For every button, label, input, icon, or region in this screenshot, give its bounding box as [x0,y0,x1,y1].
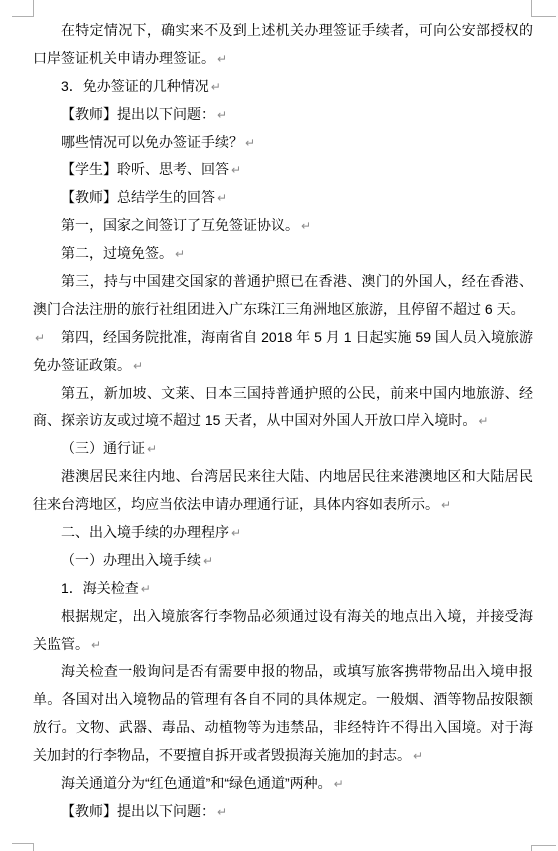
text-line: 在特定情况下，确实来不及到上述机关办理签证手续者，可向公安部授权的 [33,17,533,45]
text-run: 二、出入境手续的办理程序 [61,524,229,540]
text-line: 海关检查一般询问是否有需要申报的物品，或填写旅客携带物品出入境申报 [33,658,533,686]
paragraph-mark-icon: ↵ [141,582,151,596]
paragraph-mark-icon: ↵ [231,526,241,540]
text-run: 1．海关检查 [61,580,139,596]
text-line: 3．免办签证的几种情况↵ [33,73,533,101]
text-run: 澳门合法注册的旅行社组团进入广东珠江三角洲地区旅游，且停留不超过 6 天。 [33,301,525,317]
text-line: 【教师】总结学生的回答↵ [33,184,533,212]
margin-crop-mark-bottom-left [12,843,34,851]
text-line: 1．海关检查↵ [33,575,533,603]
text-line: 往来台湾地区，均应当依法申请办理通行证，具体内容如表所示。↵ [33,491,533,519]
text-line: 商、探亲访友或过境不超过 15 天者，从中国对外国人开放口岸入境时。↵ [33,407,533,435]
paragraph-mark-icon: ↵ [301,219,311,233]
text-run: 口岸签证机关申请办理签证。 [33,50,215,66]
document-page: 在特定情况下，确实来不及到上述机关办理签证手续者，可向公安部授权的口岸签证机关申… [0,0,558,851]
text-run: 单。各国对出入境物品的管理有各自不同的具体规定。一般烟、酒等物品按限额 [33,691,533,707]
paragraph-mark-icon: ↵ [203,554,213,568]
text-line: 单。各国对出入境物品的管理有各自不同的具体规定。一般烟、酒等物品按限额 [33,686,533,714]
text-run: 放行。文物、武器、毒品、动植物等为违禁品，非经特许不得出入国境。对于海 [33,719,533,735]
text-run: 在特定情况下，确实来不及到上述机关办理签证手续者，可向公安部授权的 [61,22,533,38]
paragraph-mark-icon: ↵ [334,777,344,791]
text-line: 第一，国家之间签订了互免签证协议。↵ [33,212,533,240]
text-line: 港澳居民来往内地、台湾居民来往大陆、内地居民往来港澳地区和大陆居民 [33,463,533,491]
text-line: 第四，经国务院批准，海南省自 2018 年 5 月 1 日起实施 59 国人员入… [33,324,533,352]
text-run: 海关检查一般询问是否有需要申报的物品，或填写旅客携带物品出入境申报 [61,663,533,679]
text-line: 【教师】提出以下问题：↵ [33,101,533,129]
text-run: 第一，国家之间签订了互免签证协议。 [61,217,299,233]
text-line: 免办签证政策。↵ [33,352,533,380]
text-line: 【教师】提出以下问题：↵ [33,798,533,826]
text-line: 海关通道分为“红色通道”和“绿色通道”两种。↵ [33,770,533,798]
text-run: 第五，新加坡、文莱、日本三国持普通护照的公民，前来中国内地旅游、经 [61,385,533,401]
margin-crop-mark-top-right [531,0,556,17]
text-line: 第三，持与中国建交国家的普通护照已在香港、澳门的外国人，经在香港、 [33,268,533,296]
margin-crop-mark-top-left [12,0,34,17]
paragraph-mark-icon: ↵ [478,414,488,428]
text-line: 【学生】聆听、思考、回答↵ [33,156,533,184]
paragraph-mark-icon: ↵ [441,498,451,512]
text-run: 商、探亲访友或过境不超过 15 天者，从中国对外国人开放口岸入境时。 [33,412,476,428]
text-run: 港澳居民来往内地、台湾居民来往大陆、内地居民往来港澳地区和大陆居民 [61,468,533,484]
paragraph-mark-icon: ↵ [91,638,101,652]
paragraph-mark-icon: ↵ [133,359,143,373]
text-line: 根据规定，出入境旅客行李物品必须通过设有海关的地点出入境，并接受海 [33,603,533,631]
text-line: 第五，新加坡、文莱、日本三国持普通护照的公民，前来中国内地旅游、经 [33,380,533,408]
paragraph-mark-icon: ↵ [147,442,157,456]
text-line: （三）通行证↵ [33,435,533,463]
text-line: 第二，过境免签。↵ [33,240,533,268]
paragraph-mark-icon: ↵ [217,191,227,205]
paragraph-mark-icon: ↵ [413,749,423,763]
text-line: 澳门合法注册的旅行社组团进入广东珠江三角洲地区旅游，且停留不超过 6 天。↵ [33,296,533,324]
text-run: （三）通行证 [61,440,145,456]
text-run: 哪些情况可以免办签证手续？ [61,134,243,150]
text-line: （一）办理出入境手续↵ [33,547,533,575]
text-run: 免办签证政策。 [33,357,131,373]
paragraph-mark-icon: ↵ [231,163,241,177]
paragraph-mark-icon: ↵ [217,805,227,819]
text-run: 关加封的行李物品，不要擅自拆开或者毁损海关施加的封志。 [33,747,411,763]
paragraph-mark-icon: ↵ [217,52,227,66]
text-run: 【教师】总结学生的回答 [61,189,215,205]
margin-crop-mark-bottom-right [531,845,556,851]
text-run: 3．免办签证的几种情况 [61,78,209,94]
paragraph-mark-icon: ↵ [35,331,45,345]
text-run: 海关通道分为“红色通道”和“绿色通道”两种。 [61,775,332,791]
text-run: 关监管。 [33,636,89,652]
text-line: 口岸签证机关申请办理签证。↵ [33,45,533,73]
text-run: 第三，持与中国建交国家的普通护照已在香港、澳门的外国人，经在香港、 [61,273,533,289]
paragraph-mark-icon: ↵ [245,136,255,150]
text-run: （一）办理出入境手续 [61,552,201,568]
text-run: 【教师】提出以下问题： [61,106,215,122]
text-run: 第二，过境免签。 [61,245,173,261]
text-run: 根据规定，出入境旅客行李物品必须通过设有海关的地点出入境，并接受海 [61,608,533,624]
text-run: 往来台湾地区，均应当依法申请办理通行证，具体内容如表所示。 [33,496,439,512]
text-run: 【教师】提出以下问题： [61,803,215,819]
document-body[interactable]: 在特定情况下，确实来不及到上述机关办理签证手续者，可向公安部授权的口岸签证机关申… [33,17,533,826]
text-run: 【学生】聆听、思考、回答 [61,161,229,177]
text-line: 哪些情况可以免办签证手续？↵ [33,129,533,157]
text-line: 二、出入境手续的办理程序↵ [33,519,533,547]
paragraph-mark-icon: ↵ [217,108,227,122]
paragraph-mark-icon: ↵ [211,80,221,94]
text-line: 关监管。↵ [33,631,533,659]
paragraph-mark-icon: ↵ [175,247,185,261]
text-line: 关加封的行李物品，不要擅自拆开或者毁损海关施加的封志。↵ [33,742,533,770]
text-run: 第四，经国务院批准，海南省自 2018 年 5 月 1 日起实施 59 国人员入… [61,329,533,345]
text-line: 放行。文物、武器、毒品、动植物等为违禁品，非经特许不得出入国境。对于海 [33,714,533,742]
